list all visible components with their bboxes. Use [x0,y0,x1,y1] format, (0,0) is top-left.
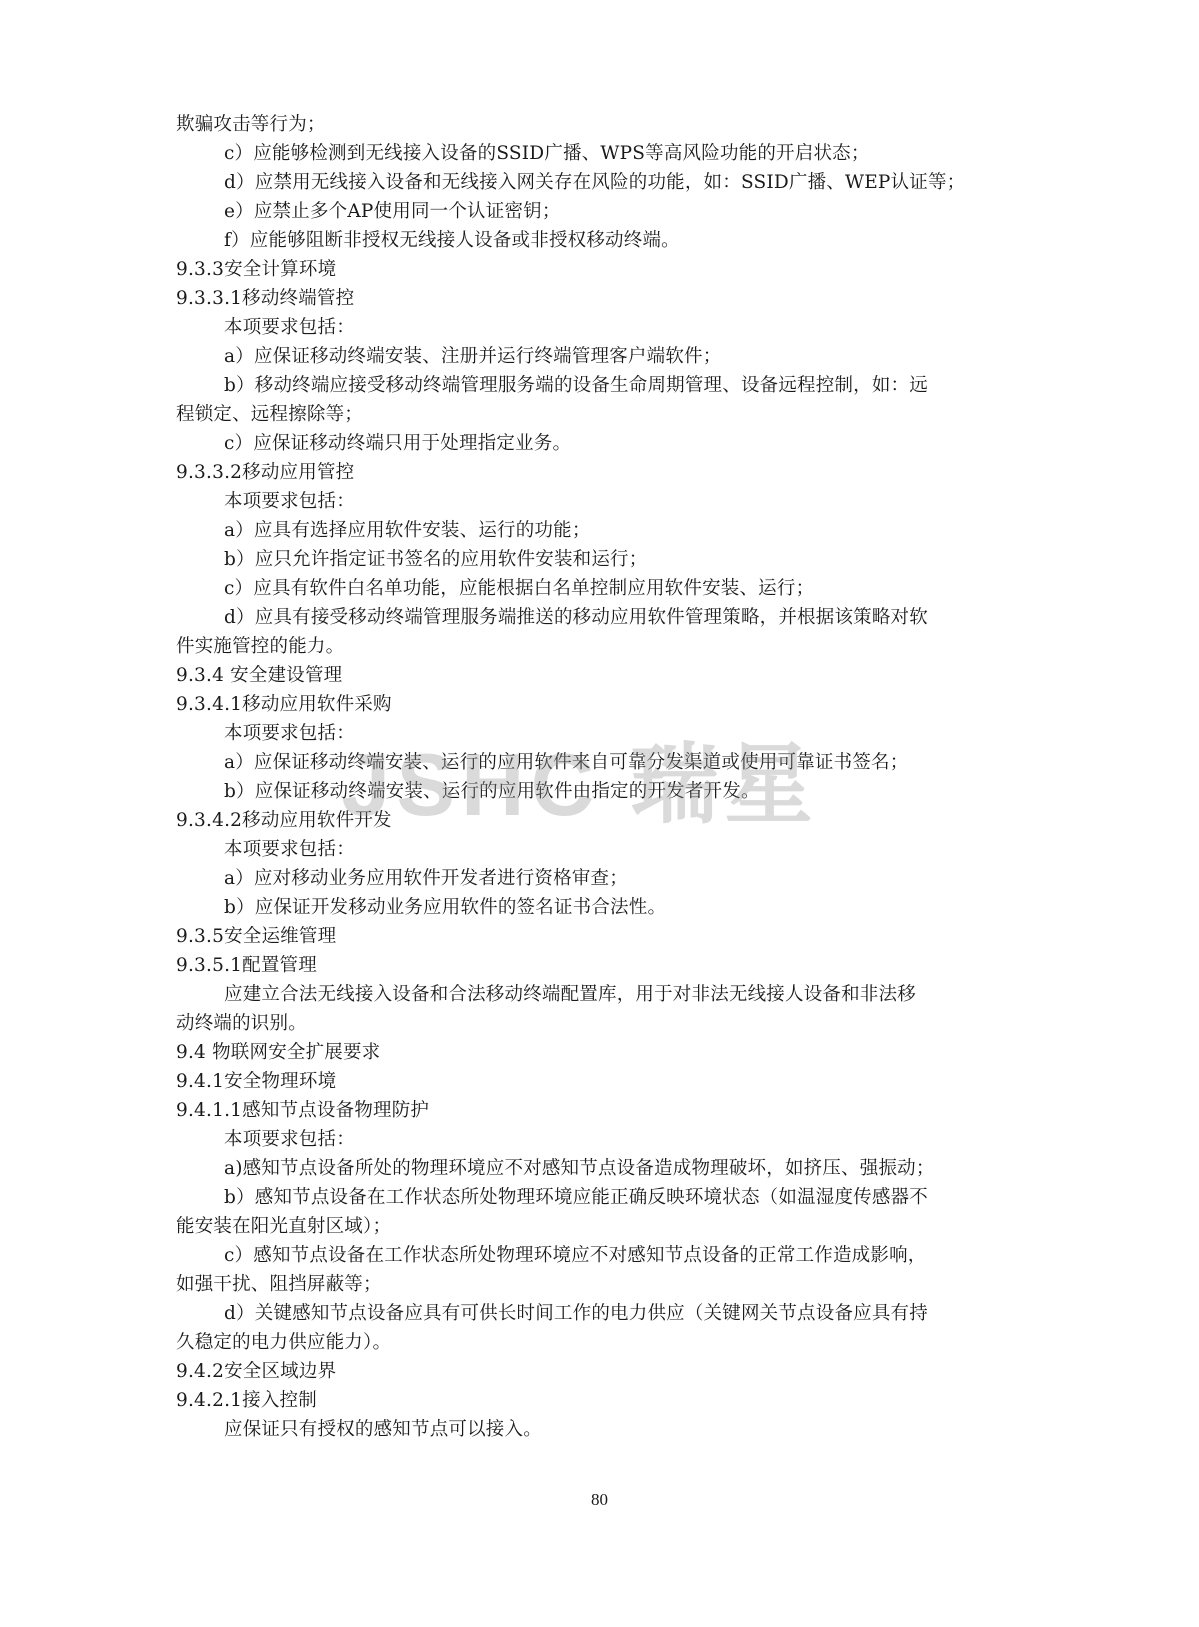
section-heading-9-4-1: 9.4.1安全物理环境 [176,1067,1006,1096]
list-item-b: b）应只允许指定证书签名的应用软件安装和运行； [176,545,1006,574]
list-item-e: e）应禁止多个AP使用同一个认证密钥； [176,197,1006,226]
list-item-d-continuation: 久稳定的电力供应能力）。 [176,1328,1006,1357]
section-heading-9-3-3-1: 9.3.3.1移动终端管控 [176,284,1006,313]
requirement-intro: 本项要求包括： [176,719,1006,748]
list-item-b: b）移动终端应接受移动终端管理服务端的设备生命周期管理、设备远程控制，如：远 [176,371,1006,400]
list-item-b-continuation: 能安装在阳光直射区域）； [176,1212,1006,1241]
list-item-a: a）应保证移动终端安装、注册并运行终端管理客户端软件； [176,342,1006,371]
section-heading-9-3-5-1: 9.3.5.1配置管理 [176,951,1006,980]
requirement-intro: 本项要求包括： [176,835,1006,864]
list-item-c: c）应能够检测到无线接入设备的SSID广播、WPS等高风险功能的开启状态； [176,139,1006,168]
list-item-d: d）关键感知节点设备应具有可供长时间工作的电力供应（关键网关节点设备应具有持 [176,1299,1006,1328]
list-item-f: f）应能够阻断非授权无线接人设备或非授权移动终端。 [176,226,1006,255]
document-body: 欺骗攻击等行为； c）应能够检测到无线接入设备的SSID广播、WPS等高风险功能… [176,110,1006,1444]
section-heading-9-4-2: 9.4.2安全区域边界 [176,1357,1006,1386]
list-item-a: a）应对移动业务应用软件开发者进行资格审查； [176,864,1006,893]
section-heading-9-3-3-2: 9.3.3.2移动应用管控 [176,458,1006,487]
list-item-b: b）感知节点设备在工作状态所处物理环境应能正确反映环境状态（如温湿度传感器不 [176,1183,1006,1212]
list-item-d: d）应禁用无线接入设备和无线接入网关存在风险的功能，如：SSID广播、WEP认证… [176,168,1006,197]
section-heading-9-3-4: 9.3.4 安全建设管理 [176,661,1006,690]
page-number: 80 [0,1490,1199,1510]
requirement-intro: 本项要求包括： [176,1125,1006,1154]
section-heading-9-4-1-1: 9.4.1.1感知节点设备物理防护 [176,1096,1006,1125]
document-page: 欺骗攻击等行为； c）应能够检测到无线接入设备的SSID广播、WPS等高风险功能… [0,0,1199,1627]
list-item-c: c）应具有软件白名单功能，应能根据白名单控制应用软件安装、运行； [176,574,1006,603]
list-item-d: d）应具有接受移动终端管理服务端推送的移动应用软件管理策略，并根据该策略对软 [176,603,1006,632]
section-heading-9-3-3: 9.3.3安全计算环境 [176,255,1006,284]
section-heading-9-3-4-1: 9.3.4.1移动应用软件采购 [176,690,1006,719]
section-heading-9-4: 9.4 物联网安全扩展要求 [176,1038,1006,1067]
paragraph: 应保证只有授权的感知节点可以接入。 [176,1415,1006,1444]
list-item-a: a）应具有选择应用软件安装、运行的功能； [176,516,1006,545]
list-item-c: c）应保证移动终端只用于处理指定业务。 [176,429,1006,458]
list-item-a: a)感知节点设备所处的物理环境应不对感知节点设备造成物理破坏，如挤压、强振动； [176,1154,1006,1183]
list-item-b: b）应保证移动终端安装、运行的应用软件由指定的开发者开发。 [176,777,1006,806]
list-item-b: b）应保证开发移动业务应用软件的签名证书合法性。 [176,893,1006,922]
list-item-d-continuation: 件实施管控的能力。 [176,632,1006,661]
paragraph-continuation: 动终端的识别。 [176,1009,1006,1038]
list-item-b-continuation: 程锁定、远程擦除等； [176,400,1006,429]
section-heading-9-3-4-2: 9.3.4.2移动应用软件开发 [176,806,1006,835]
requirement-intro: 本项要求包括： [176,487,1006,516]
section-heading-9-4-2-1: 9.4.2.1接入控制 [176,1386,1006,1415]
requirement-intro: 本项要求包括： [176,313,1006,342]
list-item-c-continuation: 如强干扰、阻挡屏蔽等； [176,1270,1006,1299]
paragraph: 应建立合法无线接入设备和合法移动终端配置库，用于对非法无线接人设备和非法移 [176,980,1006,1009]
list-item-a: a）应保证移动终端安装、运行的应用软件来自可靠分发渠道或使用可靠证书签名； [176,748,1006,777]
section-heading-9-3-5: 9.3.5安全运维管理 [176,922,1006,951]
list-item-c: c）感知节点设备在工作状态所处物理环境应不对感知节点设备的正常工作造成影响， [176,1241,1006,1270]
paragraph-continuation: 欺骗攻击等行为； [176,110,1006,139]
